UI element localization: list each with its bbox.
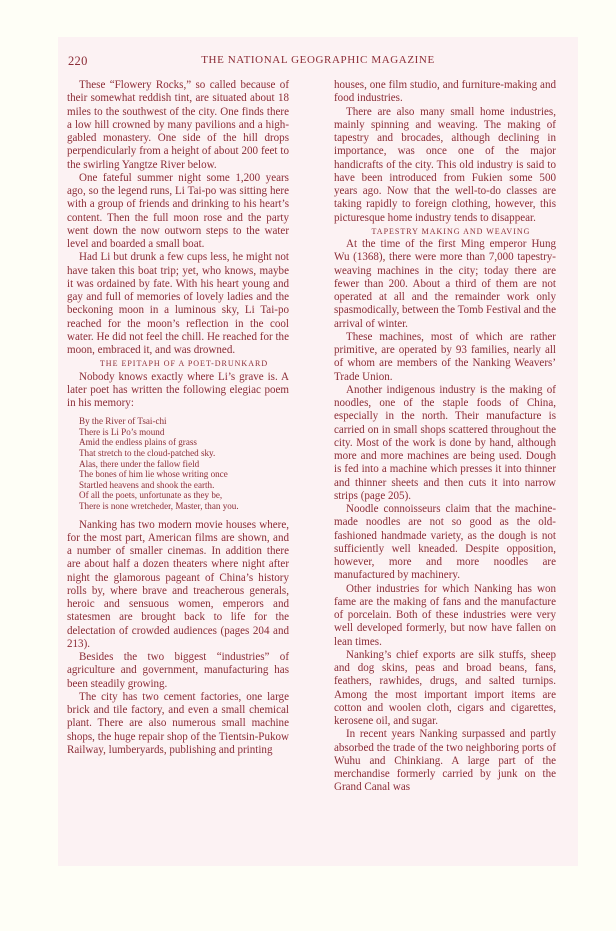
paragraph: Besides the two biggest “industries” of … (67, 651, 289, 691)
poem: By the River of Tsai-chi There is Li Po’… (79, 416, 289, 511)
section-subhead: TAPESTRY MAKING AND WEAVING (334, 225, 556, 238)
paragraph: In recent years Nanking surpassed and pa… (334, 728, 556, 794)
paragraph: Noodle connoisseurs claim that the machi… (334, 503, 556, 583)
paragraph: These “Flowery Rocks,” so called because… (67, 79, 289, 172)
poem-line: Startled heavens and shook the earth. (79, 480, 289, 491)
poem-line: Of all the poets, unfortunate as they be… (79, 490, 289, 501)
paragraph: Another indigenous industry is the makin… (334, 384, 556, 503)
paragraph: There are also many small home industrie… (334, 106, 556, 225)
poem-line: There is none wretcheder, Master, than y… (79, 501, 289, 512)
right-column: houses, one film studio, and furniture-m… (334, 79, 556, 795)
poem-line: By the River of Tsai-chi (79, 416, 289, 427)
magazine-title: THE NATIONAL GEOGRAPHIC MAGAZINE (68, 54, 568, 66)
paragraph: The city has two cement factories, one l… (67, 691, 289, 757)
paragraph: Nanking has two modern movie houses wher… (67, 519, 289, 652)
paragraph: Other industries for which Nanking has w… (334, 583, 556, 649)
paragraph: Had Li but drunk a few cups less, he mig… (67, 251, 289, 357)
paragraph-continued: houses, one film studio, and furniture-m… (334, 79, 556, 106)
poem-line: The bones of him lie whose writing once (79, 469, 289, 480)
paragraph: Nanking’s chief exports are silk stuffs,… (334, 649, 556, 729)
paragraph: These machines, most of which are rather… (334, 331, 556, 384)
poem-line: Alas, there under the fallow field (79, 459, 289, 470)
section-subhead: THE EPITAPH OF A POET-DRUNKARD (67, 357, 289, 370)
left-column: These “Flowery Rocks,” so called because… (67, 79, 289, 757)
magazine-page: 220 THE NATIONAL GEOGRAPHIC MAGAZINE The… (58, 37, 578, 866)
paragraph: Nobody knows exactly where Li’s grave is… (67, 371, 289, 411)
poem-line: Amid the endless plains of grass (79, 437, 289, 448)
paragraph: At the time of the first Ming emperor Hu… (334, 238, 556, 331)
paragraph: One fateful summer night some 1,200 year… (67, 172, 289, 252)
poem-line: That stretch to the cloud-patched sky. (79, 448, 289, 459)
poem-line: There is Li Po’s mound (79, 427, 289, 438)
